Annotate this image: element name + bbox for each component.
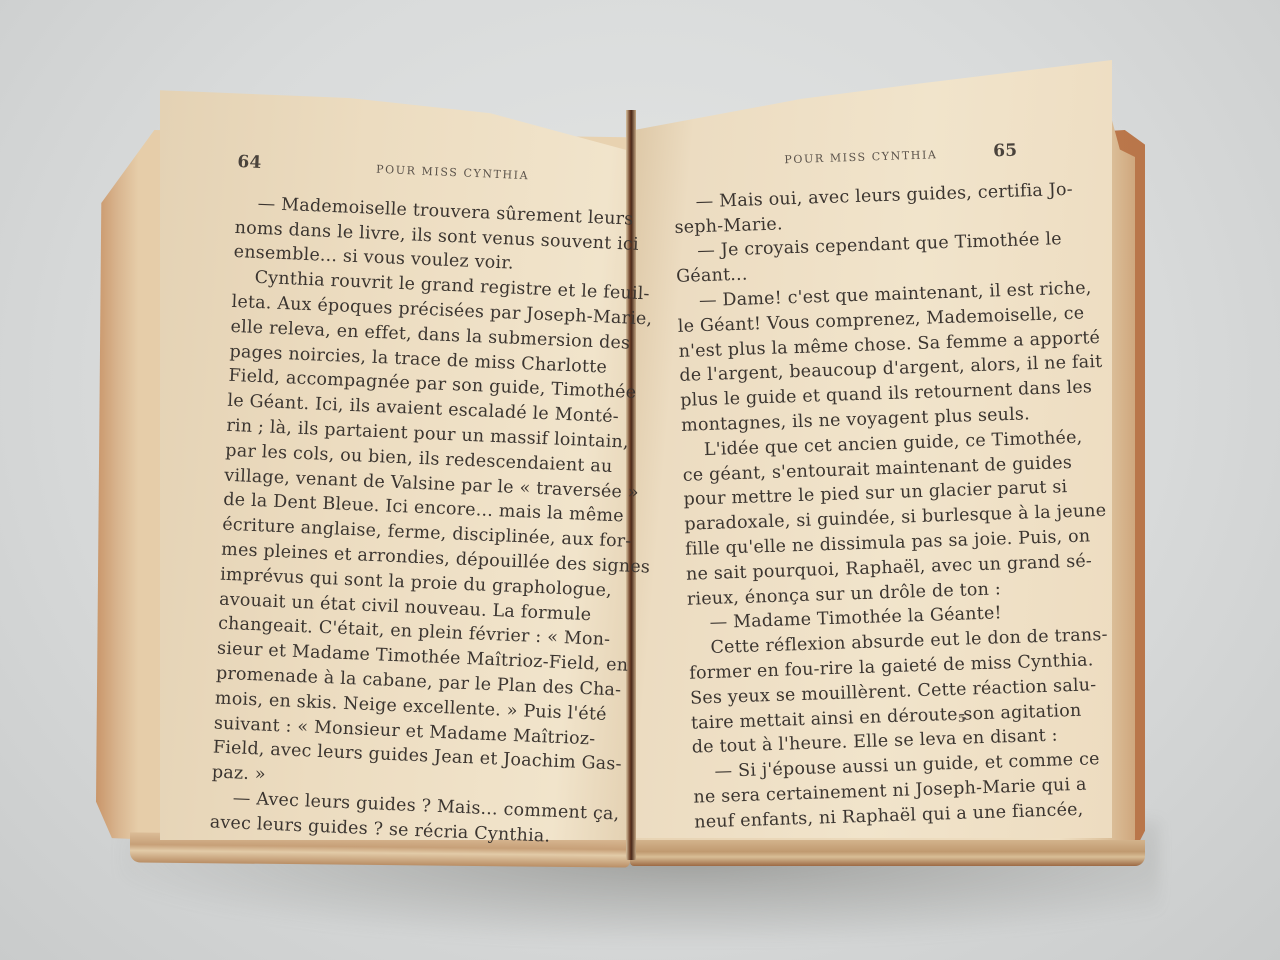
running-head: POUR MISS CYNTHIA: [784, 143, 938, 173]
running-head: POUR MISS CYNTHIA: [376, 158, 530, 189]
printer-signature-mark: 5: [958, 712, 966, 725]
page-number: 64: [237, 150, 262, 176]
page-number: 65: [993, 139, 1018, 165]
right-page-text: POUR MISS CYNTHIA 65 — Mais oui, avec le…: [672, 139, 1040, 836]
left-page-text: 64 POUR MISS CYNTHIA — Mademoiselle trou…: [209, 150, 599, 850]
photo-scene: 64 POUR MISS CYNTHIA — Mademoiselle trou…: [0, 0, 1280, 960]
right-bottom-page-edges: [630, 840, 1145, 866]
